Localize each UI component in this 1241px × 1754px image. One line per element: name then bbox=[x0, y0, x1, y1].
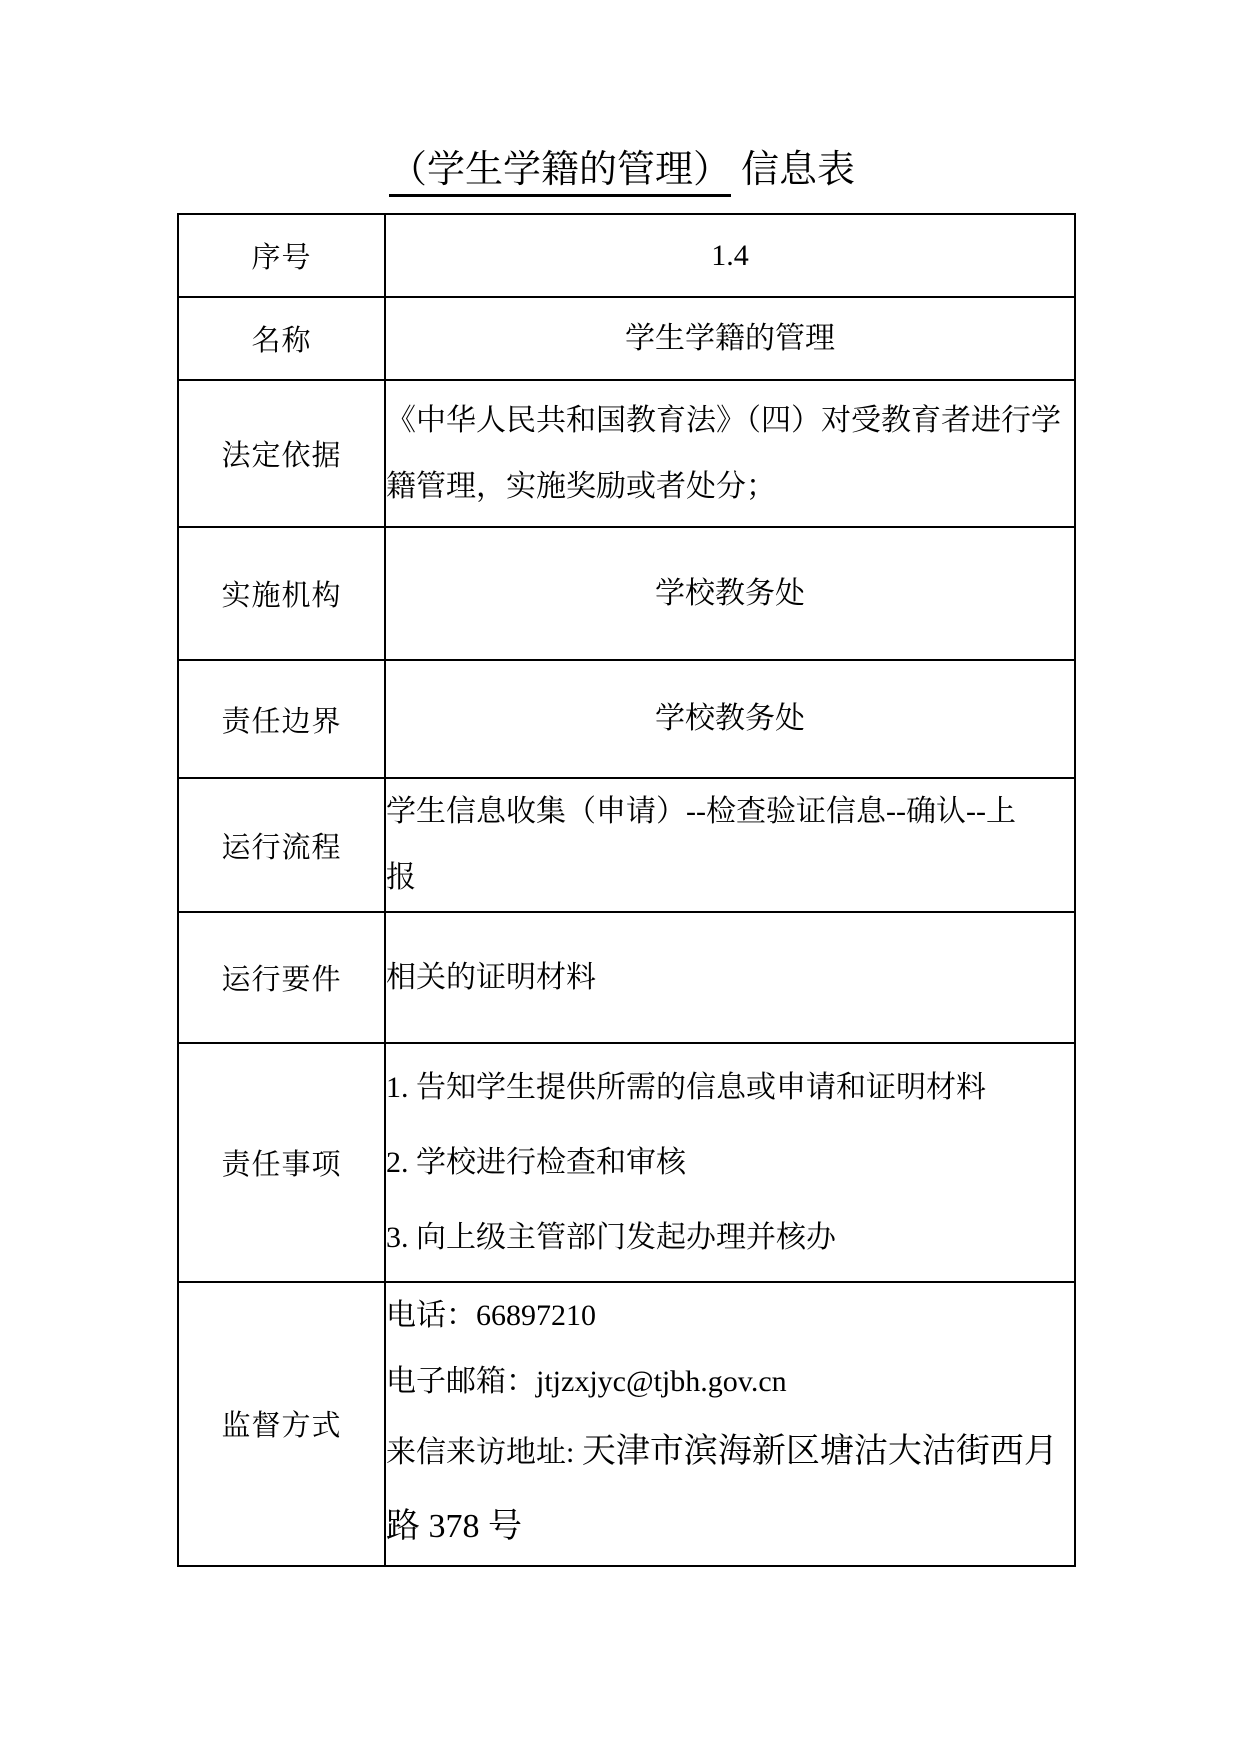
row-label-yunxingliucheng: 运行流程 bbox=[178, 778, 385, 912]
row-label-mingcheng: 名称 bbox=[178, 297, 385, 380]
document-page: （学生学籍的管理）信息表 序号 1.4 名称 学生学籍的管理 法定依据 《中华人… bbox=[0, 0, 1241, 1754]
content-line-address-2: 路 378 号 bbox=[386, 1490, 1074, 1565]
content-line-phone: 电话：66897210 bbox=[386, 1283, 1074, 1349]
row-label-xuhao: 序号 bbox=[178, 214, 385, 297]
row-content-shishijigou: 学校教务处 bbox=[385, 527, 1075, 660]
row-content-fadingyiju: 《中华人民共和国教育法》（四）对受教育者进行学 籍管理，实施奖励或者处分； bbox=[385, 380, 1075, 527]
content-line-address: 来信来访地址: 天津市滨海新区塘沽大沽街西月 bbox=[386, 1415, 1074, 1490]
row-label-yunxingyaojian: 运行要件 bbox=[178, 912, 385, 1043]
row-content-jiandufangshi: 电话：66897210 电子邮箱：jtjzxjyc@tjbh.gov.cn 来信… bbox=[385, 1282, 1075, 1566]
content-line-email: 电子邮箱：jtjzxjyc@tjbh.gov.cn bbox=[386, 1349, 1074, 1415]
content-line: 学生信息收集（申请）--检查验证信息--确认--上 bbox=[386, 779, 1074, 845]
content-line: 相关的证明材料 bbox=[386, 945, 1074, 1011]
info-table: 序号 1.4 名称 学生学籍的管理 法定依据 《中华人民共和国教育法》（四）对受… bbox=[177, 213, 1076, 1567]
page-title-suffix: 信息表 bbox=[741, 149, 855, 191]
content-line: 学校教务处 bbox=[386, 561, 1074, 627]
content-line: 3. 向上级主管部门发起办理并核办 bbox=[386, 1200, 1074, 1275]
row-label-zerenbianjie: 责任边界 bbox=[178, 660, 385, 778]
row-content-yunxingyaojian: 相关的证明材料 bbox=[385, 912, 1075, 1043]
table-row-yunxingyaojian: 运行要件 相关的证明材料 bbox=[178, 912, 1075, 1043]
row-content-zerenshixiang: 1. 告知学生提供所需的信息或申请和证明材料 2. 学校进行检查和审核 3. 向… bbox=[385, 1043, 1075, 1282]
content-line: 报 bbox=[386, 845, 1074, 911]
page-title-underlined: （学生学籍的管理） bbox=[389, 149, 731, 197]
table-row-zerenshixiang: 责任事项 1. 告知学生提供所需的信息或申请和证明材料 2. 学校进行检查和审核… bbox=[178, 1043, 1075, 1282]
table-row-mingcheng: 名称 学生学籍的管理 bbox=[178, 297, 1075, 380]
content-line: 籍管理，实施奖励或者处分； bbox=[386, 454, 1074, 520]
row-label-zerenshixiang: 责任事项 bbox=[178, 1043, 385, 1282]
row-content-yunxingliucheng: 学生信息收集（申请）--检查验证信息--确认--上 报 bbox=[385, 778, 1075, 912]
table-row-yunxingliucheng: 运行流程 学生信息收集（申请）--检查验证信息--确认--上 报 bbox=[178, 778, 1075, 912]
page-title: （学生学籍的管理）信息表 bbox=[174, 138, 1070, 193]
table-row-shishijigou: 实施机构 学校教务处 bbox=[178, 527, 1075, 660]
content-line: 1.4 bbox=[386, 223, 1074, 289]
row-content-mingcheng: 学生学籍的管理 bbox=[385, 297, 1075, 380]
content-line: 学校教务处 bbox=[386, 686, 1074, 752]
table-row-fadingyiju: 法定依据 《中华人民共和国教育法》（四）对受教育者进行学 籍管理，实施奖励或者处… bbox=[178, 380, 1075, 527]
address-prefix: 来信来访地址: bbox=[386, 1436, 582, 1469]
row-content-xuhao: 1.4 bbox=[385, 214, 1075, 297]
table-row-jiandufangshi: 监督方式 电话：66897210 电子邮箱：jtjzxjyc@tjbh.gov.… bbox=[178, 1282, 1075, 1566]
content-line: 2. 学校进行检查和审核 bbox=[386, 1125, 1074, 1200]
content-line: 《中华人民共和国教育法》（四）对受教育者进行学 bbox=[386, 388, 1074, 454]
address-line1: 天津市滨海新区塘沽大沽街西月 bbox=[582, 1433, 1058, 1470]
table-row-xuhao: 序号 1.4 bbox=[178, 214, 1075, 297]
row-label-fadingyiju: 法定依据 bbox=[178, 380, 385, 527]
row-label-jiandufangshi: 监督方式 bbox=[178, 1282, 385, 1566]
content-line: 学生学籍的管理 bbox=[386, 306, 1074, 372]
table-row-zerenbianjie: 责任边界 学校教务处 bbox=[178, 660, 1075, 778]
row-content-zerenbianjie: 学校教务处 bbox=[385, 660, 1075, 778]
content-line: 1. 告知学生提供所需的信息或申请和证明材料 bbox=[386, 1050, 1074, 1125]
row-label-shishijigou: 实施机构 bbox=[178, 527, 385, 660]
